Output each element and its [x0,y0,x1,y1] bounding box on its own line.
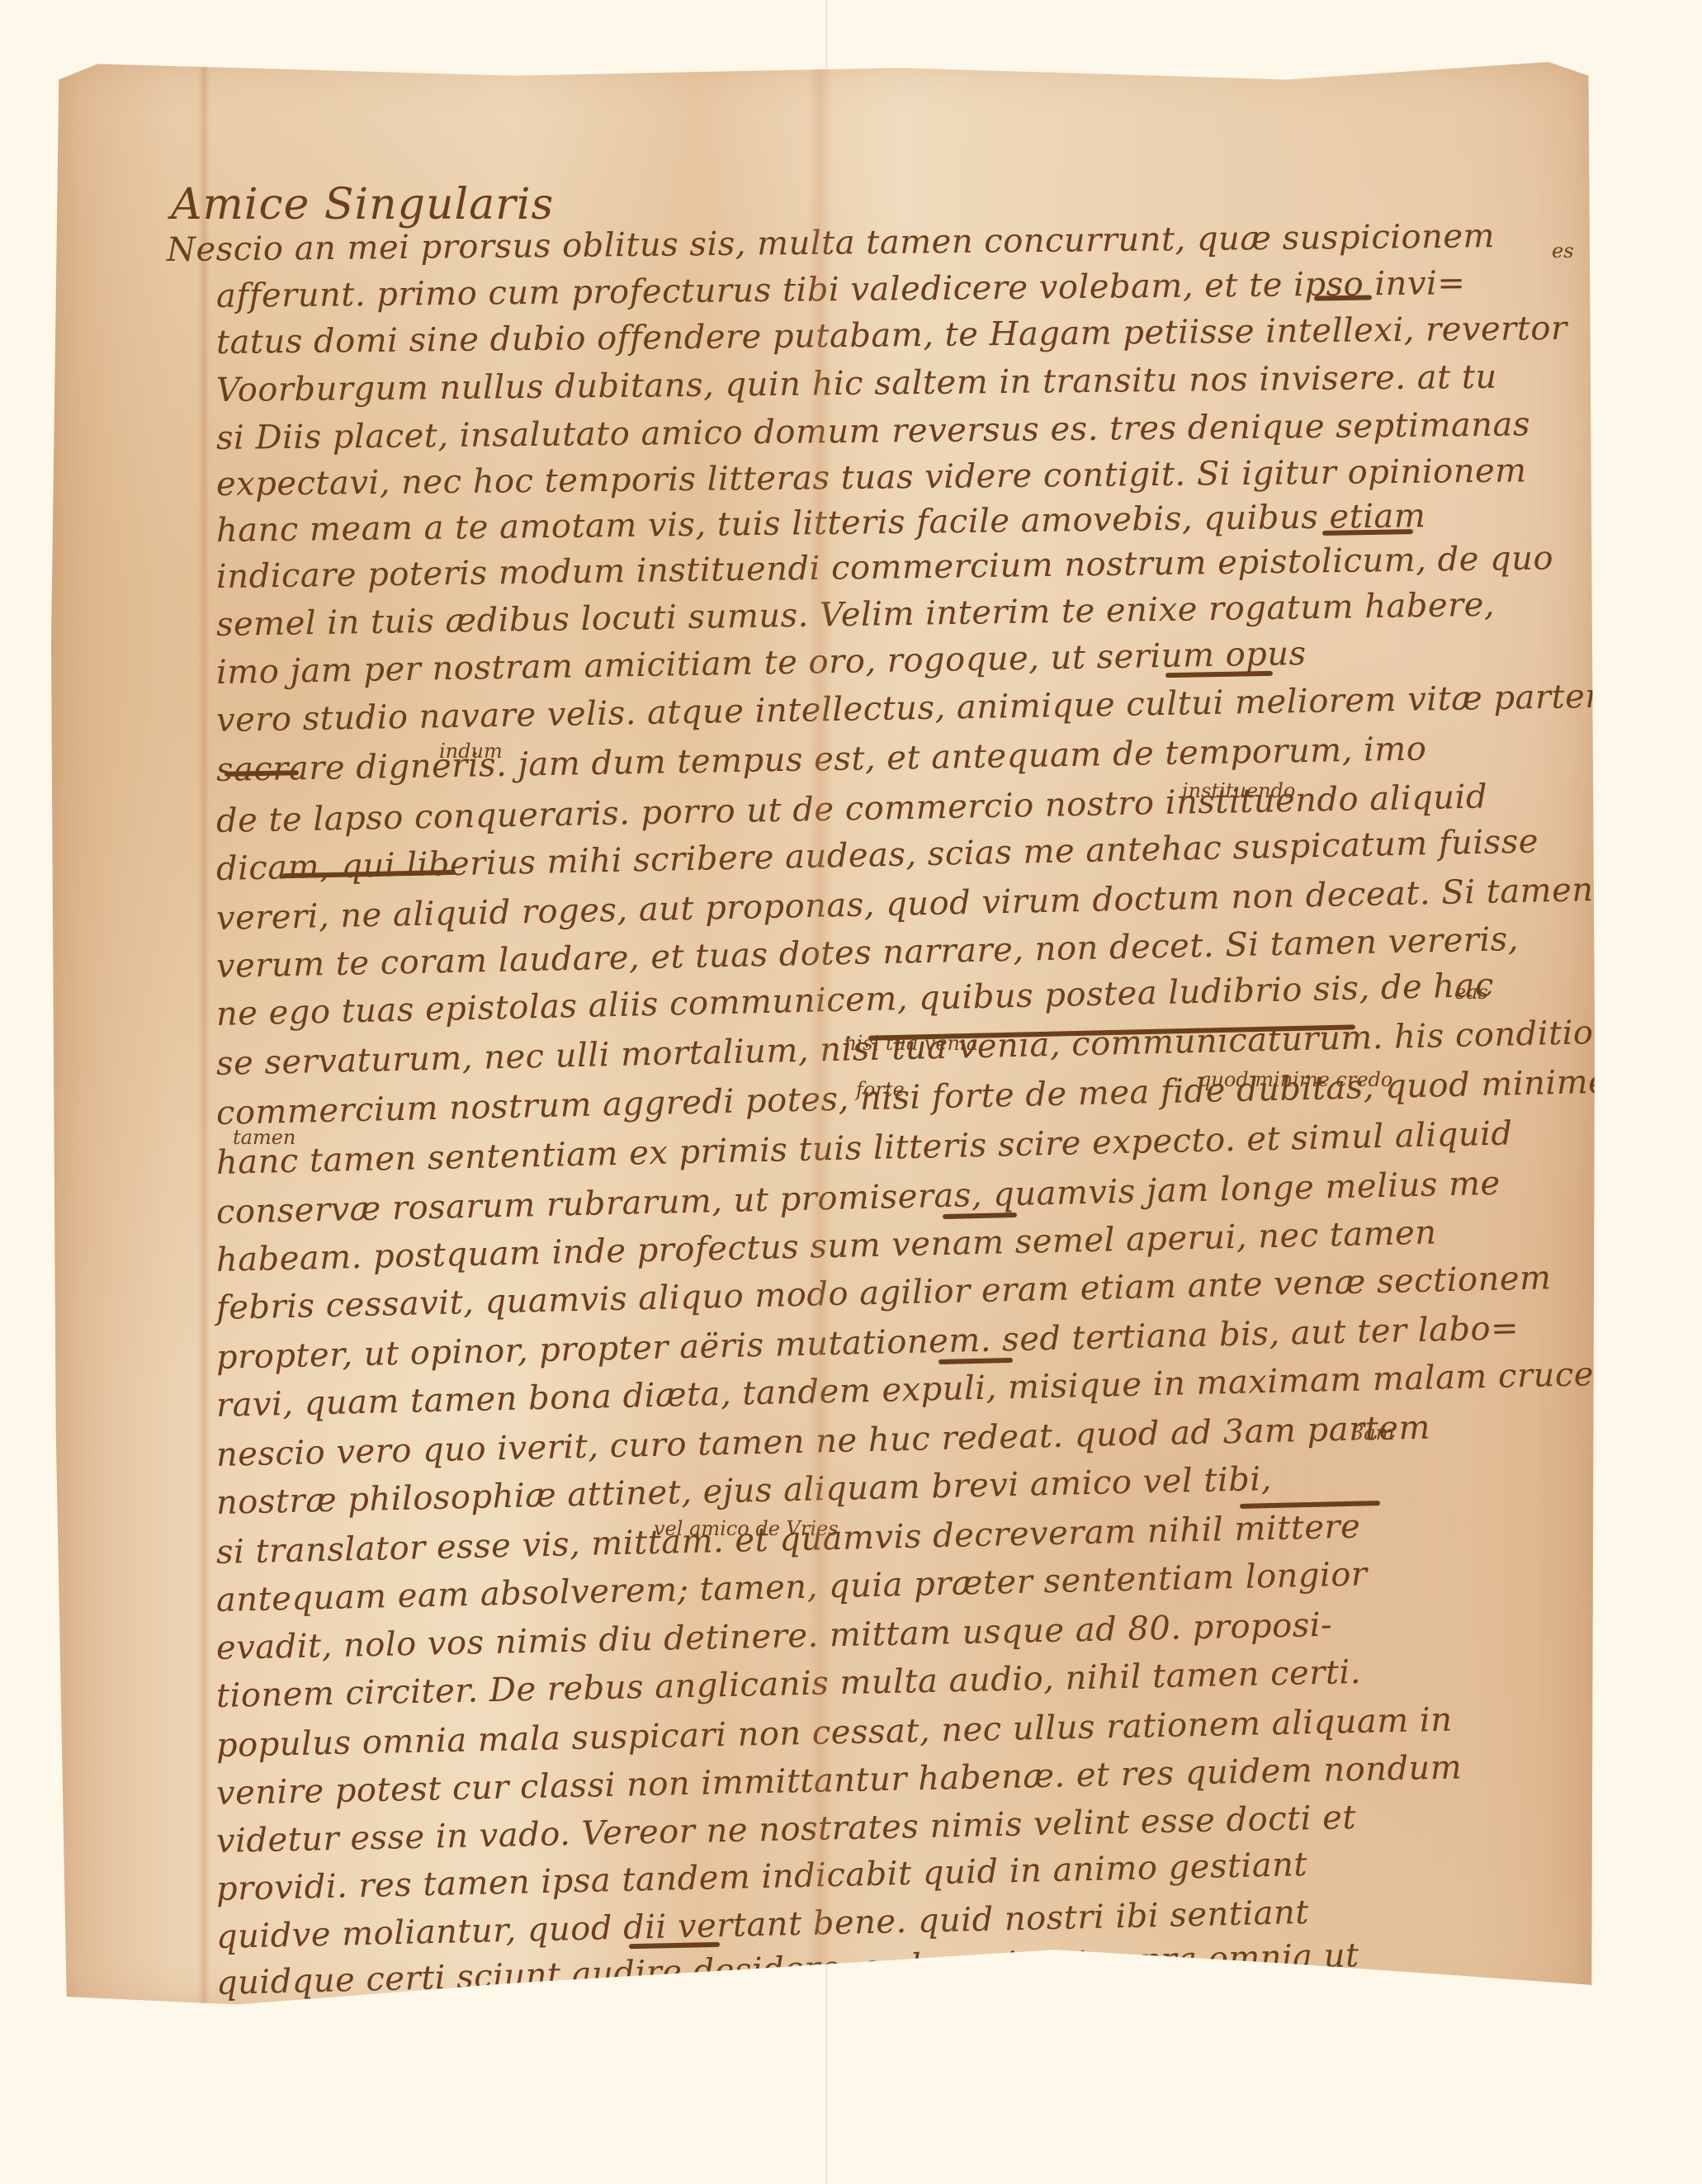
salutation: Amice Singularis [171,180,554,229]
closing: me, etc. [175,2021,322,2063]
interlinear-insertion: quod minime credo [1198,1068,1392,1091]
interlinear-insertion: vel amico de Vries [654,1517,839,1540]
interlinear-insertion: tamen [233,1126,295,1149]
interlinear-insertion: eas [1454,981,1488,1004]
interlinear-insertion: forte [856,1078,905,1101]
letter-content: Amice Singularis Nescio an mei prorsus o… [51,56,1595,2012]
letter-line: si Diis placet, insalutato amico domum r… [216,405,1530,457]
letter-paper: Amice Singularis Nescio an mei prorsus o… [51,56,1595,2012]
letter-line: tatus domi sine dubio offendere putabam,… [216,310,1567,362]
interlinear-insertion: indum [439,740,503,763]
interlinear-insertion: instituendo [1182,779,1295,802]
interlinear-insertion: es [1552,239,1574,262]
strikethrough-mark [943,1213,1017,1219]
strikethrough-mark [1314,295,1372,300]
letter-line: hanc meam a te amotam vis, tuis litteris… [216,497,1426,550]
letter-line: Voorburgum nullus dubitans, quin hic sal… [216,358,1497,409]
strikethrough-mark [629,1942,720,1949]
strikethrough-mark [1165,671,1273,678]
letter-line: imo jam per nostram amicitiam te oro, ro… [216,635,1307,692]
letter-line: expectavi, nec hoc temporis litteras tua… [216,451,1527,503]
interlinear-insertion: 3am [1351,1421,1394,1444]
strikethrough-mark [938,1358,1013,1364]
letter-line: afferunt. primo cum profecturus tibi val… [216,264,1466,315]
